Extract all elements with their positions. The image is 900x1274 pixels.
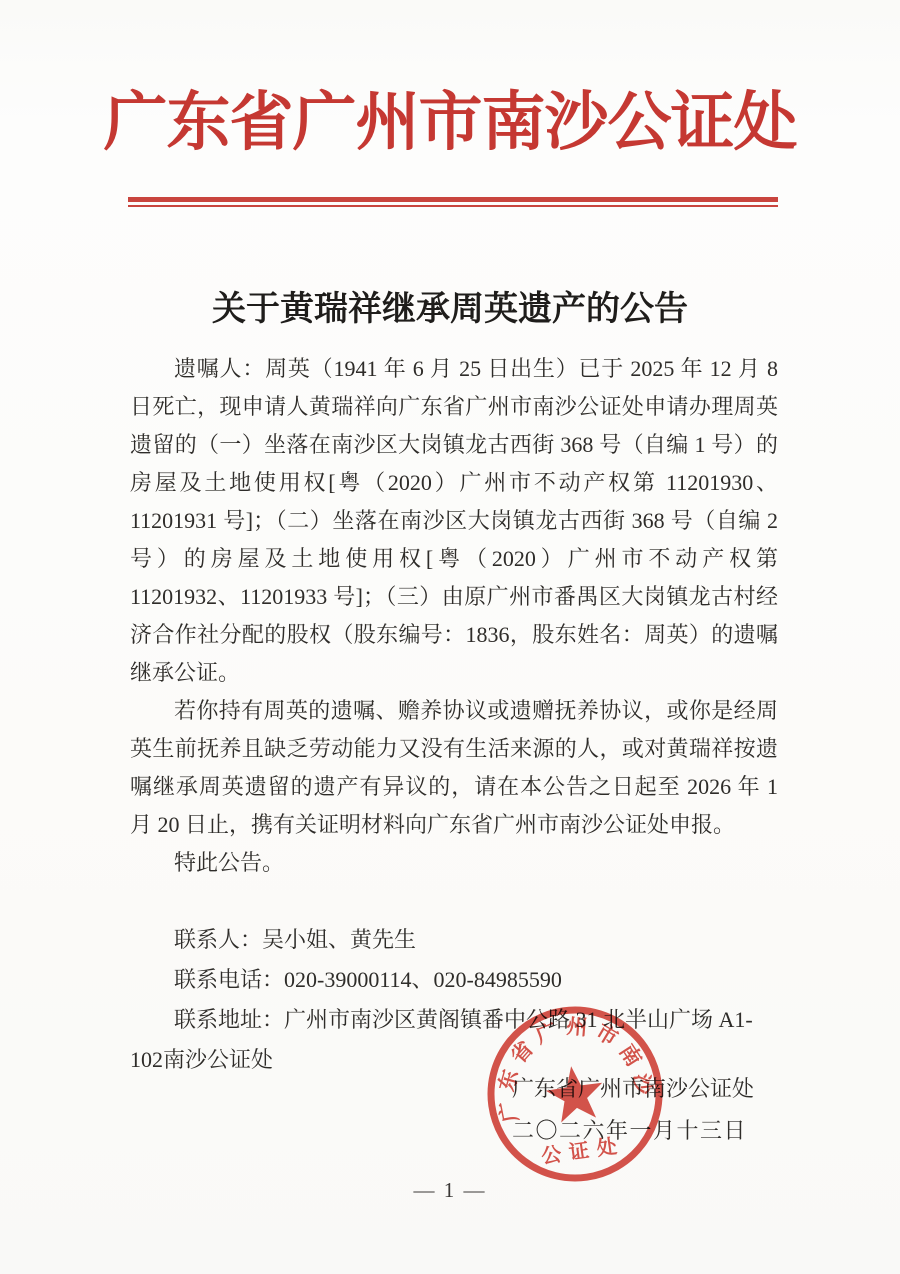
notary-seal-stamp: 广东省广州市南沙 公证处 bbox=[472, 991, 678, 1197]
notice-paragraph-testator: 遗嘱人：周英（1941 年 6 月 25 日出生）已于 2025 年 12 月 … bbox=[130, 350, 778, 692]
contact-block: 联系人：吴小姐、黄先生 联系电话：020-39000114、020-849855… bbox=[130, 920, 778, 1080]
letterhead-org-title: 广东省广州市南沙公证处 bbox=[0, 68, 900, 178]
page-number: — 1 — bbox=[0, 1178, 900, 1203]
notice-title: 关于黄瑞祥继承周英遗产的公告 bbox=[0, 281, 900, 330]
notice-paragraph-closing: 特此公告。 bbox=[130, 844, 778, 882]
contact-phone-line: 联系电话：020-39000114、020-84985590 bbox=[130, 960, 778, 1000]
notice-paragraph-objection: 若你持有周英的遗嘱、赡养协议或遗赠抚养协议，或你是经周英生前抚养且缺乏劳动能力又… bbox=[130, 692, 778, 844]
contact-person-line: 联系人：吴小姐、黄先生 bbox=[130, 920, 778, 960]
seal-bottom-text: 公证处 bbox=[540, 1133, 627, 1168]
letterhead-divider-rule bbox=[128, 197, 778, 207]
notice-body: 遗嘱人：周英（1941 年 6 月 25 日出生）已于 2025 年 12 月 … bbox=[130, 350, 778, 1080]
seal-star-icon bbox=[543, 1062, 607, 1124]
notice-document-page: 广东省广州市南沙公证处 关于黄瑞祥继承周英遗产的公告 遗嘱人：周英（1941 年… bbox=[0, 0, 900, 1274]
